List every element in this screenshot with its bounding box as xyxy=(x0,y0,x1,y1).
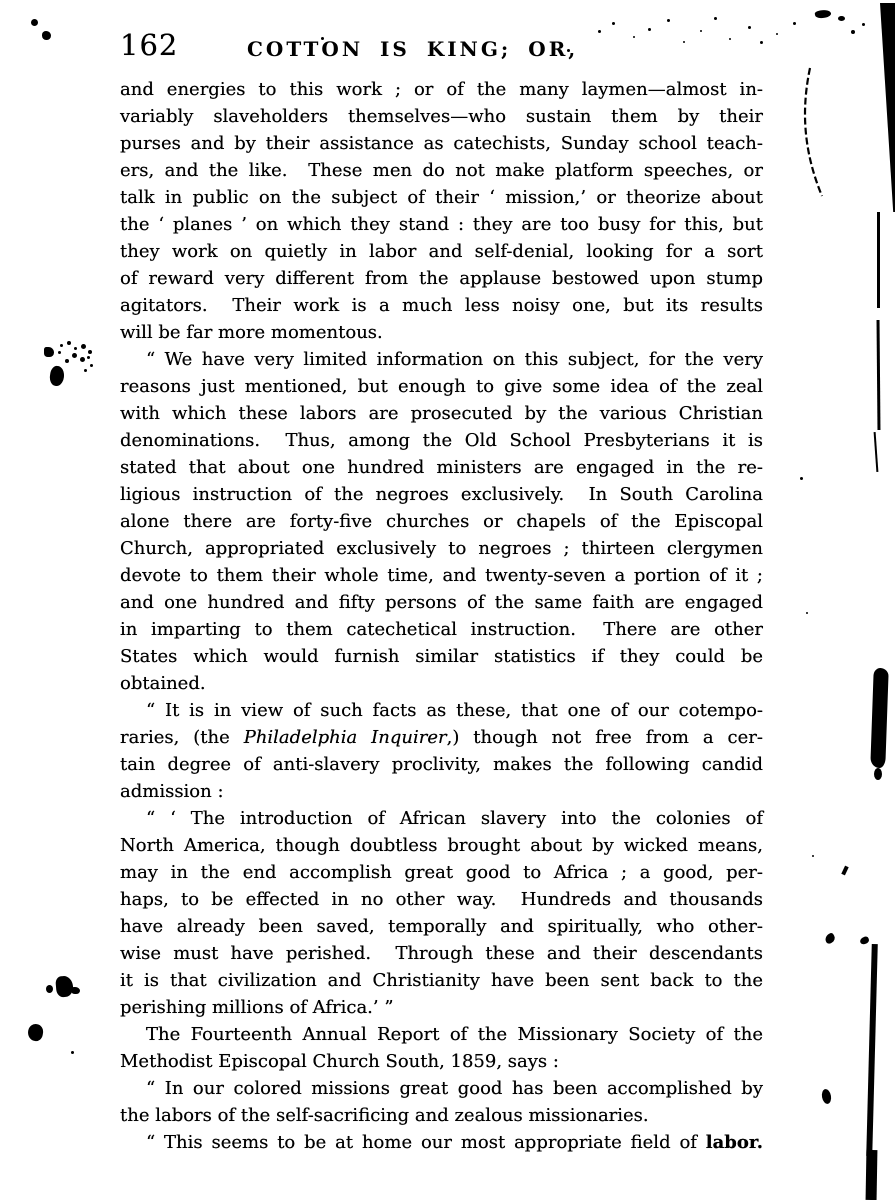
text-line: will be far more momentous. xyxy=(120,319,763,346)
scan-speck xyxy=(72,353,77,358)
paragraph: “ This seems to be at home our most appr… xyxy=(120,1129,763,1156)
scan-speck xyxy=(633,36,635,38)
text-line: it is that civilization and Christianity… xyxy=(120,967,763,994)
scan-speck xyxy=(714,17,717,20)
scan-speck xyxy=(74,347,77,350)
paragraph: “ We have very limited information on th… xyxy=(120,346,763,697)
scan-speck xyxy=(667,19,670,22)
text-line: they work on quietly in labor and self-d… xyxy=(120,238,763,265)
paragraph: The Fourteenth Annual Report of the Miss… xyxy=(120,1021,763,1075)
ink-blot xyxy=(874,768,882,780)
text-line: stated that about one hundred ministers … xyxy=(120,454,763,481)
text-line: haps, to be effected in no other way. Hu… xyxy=(120,886,763,913)
scan-speck xyxy=(567,49,570,52)
text-line: and one hundred and fifty persons of the… xyxy=(120,589,763,616)
ink-smudge xyxy=(859,936,870,946)
text-line: “ ‘ The introduction of African slavery … xyxy=(120,805,763,832)
page-number: 162 xyxy=(120,30,178,60)
scan-speck xyxy=(311,44,313,46)
scan-speck xyxy=(65,359,69,363)
edge-streak xyxy=(866,1150,878,1200)
text-line: Church, appropriated exclusively to negr… xyxy=(120,535,763,562)
text-line: “ We have very limited information on th… xyxy=(120,346,763,373)
text-line: denominations. Thus, among the Old Schoo… xyxy=(120,427,763,454)
ink-blot xyxy=(55,975,74,997)
text-line: variably slaveholders themselves—who sus… xyxy=(120,103,763,130)
text-line: have already been saved, temporally and … xyxy=(120,913,763,940)
ink-blot xyxy=(71,987,80,994)
text-line: reasons just mentioned, but enough to gi… xyxy=(120,373,763,400)
text-line: ligious instruction of the negroes exclu… xyxy=(120,481,763,508)
text-line: perishing millions of Africa.’ ” xyxy=(120,994,763,1021)
scan-speck xyxy=(67,341,71,345)
edge-streak xyxy=(877,320,880,430)
text-line: tain degree of anti-slavery proclivity, … xyxy=(120,751,763,778)
text-line: wise must have perished. Through these a… xyxy=(120,940,763,967)
text-line: may in the end accomplish great good to … xyxy=(120,859,763,886)
text-line: devote to them their whole time, and twe… xyxy=(120,562,763,589)
paragraph: “ In our colored missions great good has… xyxy=(120,1075,763,1129)
scan-speck xyxy=(90,364,93,367)
scan-speck xyxy=(806,612,808,614)
scan-speck xyxy=(87,356,90,359)
ink-smudge xyxy=(838,16,845,21)
scan-speck xyxy=(851,30,855,34)
text-line: in imparting to them catechetical instru… xyxy=(120,616,763,643)
running-head-title: COTTON IS KING; OR, xyxy=(247,37,578,61)
ink-blot xyxy=(821,1088,832,1104)
scan-speck xyxy=(84,369,87,372)
text-line: and energies to this work ; or of the ma… xyxy=(120,76,763,103)
edge-streak xyxy=(874,432,879,472)
scan-speck xyxy=(729,38,731,40)
body-text: and energies to this work ; or of the ma… xyxy=(120,76,763,1156)
ink-blot xyxy=(44,347,54,357)
text-line: Methodist Episcopal Church South, 1859, … xyxy=(120,1048,763,1075)
ink-smudge xyxy=(823,932,836,945)
text-line: the ‘ planes ’ on which they stand : the… xyxy=(120,211,763,238)
ink-speck xyxy=(31,19,38,26)
edge-shadow-wedge xyxy=(880,3,895,212)
text-line: “ In our colored missions great good has… xyxy=(120,1075,763,1102)
ink-blot xyxy=(870,668,888,768)
scan-speck xyxy=(81,344,86,349)
scan-speck xyxy=(862,23,865,26)
text-line: alone there are forty-five churches or c… xyxy=(120,508,763,535)
scanned-book-page: 162 COTTON IS KING; OR, and energies to … xyxy=(0,0,895,1200)
text-line: North America, though doubtless brought … xyxy=(120,832,763,859)
text-line: agitators. Their work is a much less noi… xyxy=(120,292,763,319)
text-line: “ It is in view of such facts as these, … xyxy=(120,697,763,724)
text-line: admission : xyxy=(120,778,763,805)
paragraph: “ ‘ The introduction of African slavery … xyxy=(120,805,763,1021)
ink-speck xyxy=(42,31,51,40)
text-line: with which these labors are prosecuted b… xyxy=(120,400,763,427)
scan-speck xyxy=(683,41,685,43)
scan-speck xyxy=(812,855,814,857)
edge-streak xyxy=(866,944,877,1156)
scan-speck xyxy=(648,28,651,31)
text-line: obtained. xyxy=(120,670,763,697)
scan-speck xyxy=(700,30,702,32)
ink-smudge xyxy=(841,866,848,876)
scan-speck xyxy=(612,22,615,25)
scan-speck xyxy=(748,26,751,29)
scan-speck xyxy=(321,37,324,40)
scan-speck xyxy=(776,33,778,35)
scan-speck xyxy=(793,22,796,25)
ink-smudge xyxy=(814,8,831,19)
edge-streak xyxy=(877,212,880,308)
paragraph: and energies to this work ; or of the ma… xyxy=(120,76,763,346)
text-line: the labors of the self-sacrificing and z… xyxy=(120,1102,763,1129)
scan-speck xyxy=(760,41,763,44)
ink-blot xyxy=(49,365,66,387)
text-line: ers, and the like. These men do not make… xyxy=(120,157,763,184)
scan-scratch xyxy=(800,66,826,198)
text-line: The Fourteenth Annual Report of the Miss… xyxy=(120,1021,763,1048)
scan-speck xyxy=(80,357,85,362)
text-line: of reward very different from the applau… xyxy=(120,265,763,292)
text-line: purses and by their assistance as catech… xyxy=(120,130,763,157)
scan-speck xyxy=(60,344,63,347)
ink-blot xyxy=(27,1023,45,1042)
text-line: raries, (the Philadelphia Inquirer,) tho… xyxy=(120,724,763,751)
scan-speck xyxy=(71,1051,74,1054)
text-line: States which would furnish similar stati… xyxy=(120,643,763,670)
paragraph: “ It is in view of such facts as these, … xyxy=(120,697,763,805)
scan-speck xyxy=(598,30,601,33)
ink-blot xyxy=(46,985,53,993)
text-line: “ This seems to be at home our most appr… xyxy=(120,1129,763,1156)
scan-speck xyxy=(58,351,61,354)
scan-speck xyxy=(800,477,803,480)
scan-speck xyxy=(88,350,92,354)
text-line: talk in public on the subject of their ‘… xyxy=(120,184,763,211)
